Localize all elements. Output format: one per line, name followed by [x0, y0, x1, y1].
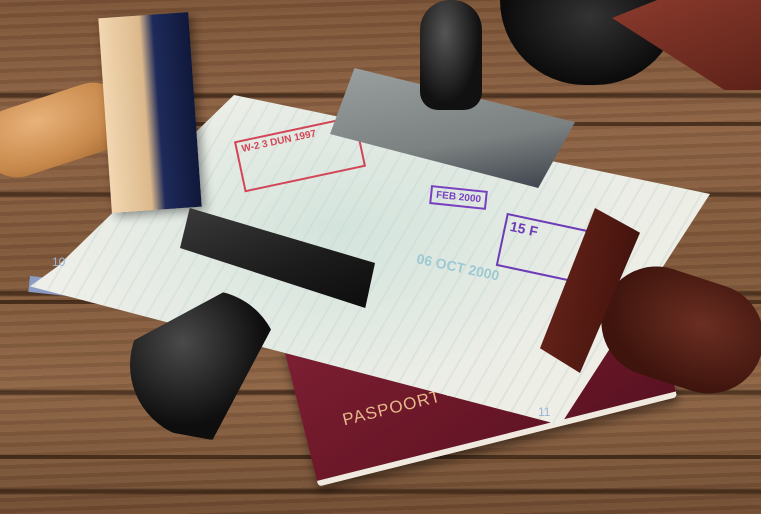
photo-scene: PASPOORT - PA SS W-2 3 DUN 1997 FEB 2000…	[0, 0, 761, 514]
black-stamp-handle-top	[420, 0, 482, 110]
wooden-stamp-block	[98, 12, 201, 213]
page-number: 11	[538, 405, 550, 419]
page-number: 10	[52, 255, 65, 269]
